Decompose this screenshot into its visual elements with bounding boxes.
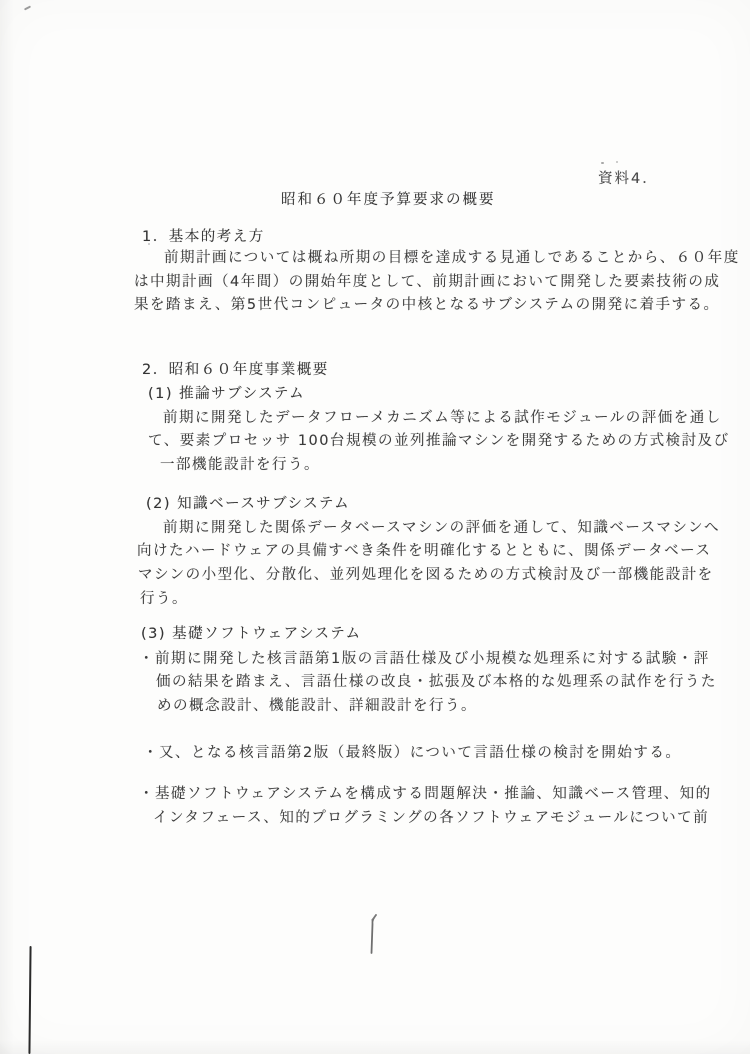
subsection-3-bullet-2-line: ・又、となる核言語第2版（最終版）について言語仕様の検討を開始する。 bbox=[143, 743, 681, 763]
scan-speck bbox=[148, 243, 150, 245]
subsection-1-line: 一部機能設計を行う。 bbox=[160, 455, 320, 475]
page-number: 1 bbox=[362, 912, 386, 956]
scan-artifact-line bbox=[28, 946, 31, 1054]
subsection-1-line: て、要素プロセッサ 100台規模の並列推論マシンを開発するための方式検討及び bbox=[148, 431, 730, 451]
subsection-3-bullet-1-line: めの概念設計、機能設計、詳細設計を行う。 bbox=[157, 696, 477, 716]
subsection-3-label: (3) 基礎ソフトウェアシステム bbox=[141, 624, 362, 644]
handwritten-page-number-stroke bbox=[362, 912, 386, 956]
section-1-heading: 1．基本的考え方 bbox=[142, 227, 265, 247]
subsection-2-line: マシンの小型化、分散化、並列処理化を図るための方式検討及び一部機能設計を bbox=[138, 565, 714, 585]
subsection-1-label: (1) 推論サブシステム bbox=[148, 384, 305, 404]
scanned-document-page: 資料4． 昭和６０年度予算要求の概要 1．基本的考え方 前期計画については概ね所… bbox=[0, 0, 750, 1054]
subsection-3-bullet-1-line: ・前期に開発した核言語第1版の言語仕様及び小規模な処理系に対する試験・評 bbox=[139, 649, 710, 669]
scan-speck bbox=[601, 162, 604, 164]
scan-edge-shadow-bottom bbox=[0, 1040, 750, 1054]
subsection-3-bullet-3-line: ・基礎ソフトウェアシステムを構成する問題解決・推論、知識ベース管理、知的 bbox=[139, 784, 712, 804]
section-1-line: は中期計画（4年間）の開始年度として、前期計画において開発した要素技術の成 bbox=[134, 272, 720, 292]
scan-speck bbox=[24, 5, 31, 10]
subsection-2-line: 向けたハードウェアの具備すべき条件を明確化するとともに、関係データベース bbox=[137, 541, 711, 561]
subsection-2-line: 行う。 bbox=[140, 589, 188, 609]
section-2-heading: 2．昭和６０年度事業概要 bbox=[142, 360, 329, 380]
doc-reference-label: 資料4． bbox=[598, 169, 659, 189]
subsection-2-label: (2) 知識ベースサブシステム bbox=[146, 494, 350, 514]
scan-edge-shadow-left bbox=[0, 0, 14, 1054]
subsection-1-line: 前期に開発したデータフローメカニズム等による試作モジュールの評価を通し bbox=[163, 408, 722, 428]
section-1-line: 前期計画については概ね所期の目標を達成する見通しであることから、６０年度 bbox=[164, 248, 740, 268]
subsection-3-bullet-1-line: 価の結果を踏まえ、言語仕様の改良・拡張及び本格的な処理系の試作を行うた bbox=[156, 672, 717, 692]
page-number-text: 1 bbox=[362, 956, 363, 957]
subsection-2-line: 前期に開発した関係データベースマシンの評価を通して、知識ベースマシンへ bbox=[163, 518, 720, 538]
subsection-3-bullet-3-line: インタフェース、知的プログラミングの各ソフトウェアモジュールについて前 bbox=[153, 808, 709, 828]
section-1-line: 果を踏まえ、第5世代コンピュータの中核となるサブシステムの開発に着手する。 bbox=[134, 295, 720, 315]
scan-speck bbox=[616, 161, 618, 163]
page-title: 昭和６０年度予算要求の概要 bbox=[281, 190, 496, 210]
